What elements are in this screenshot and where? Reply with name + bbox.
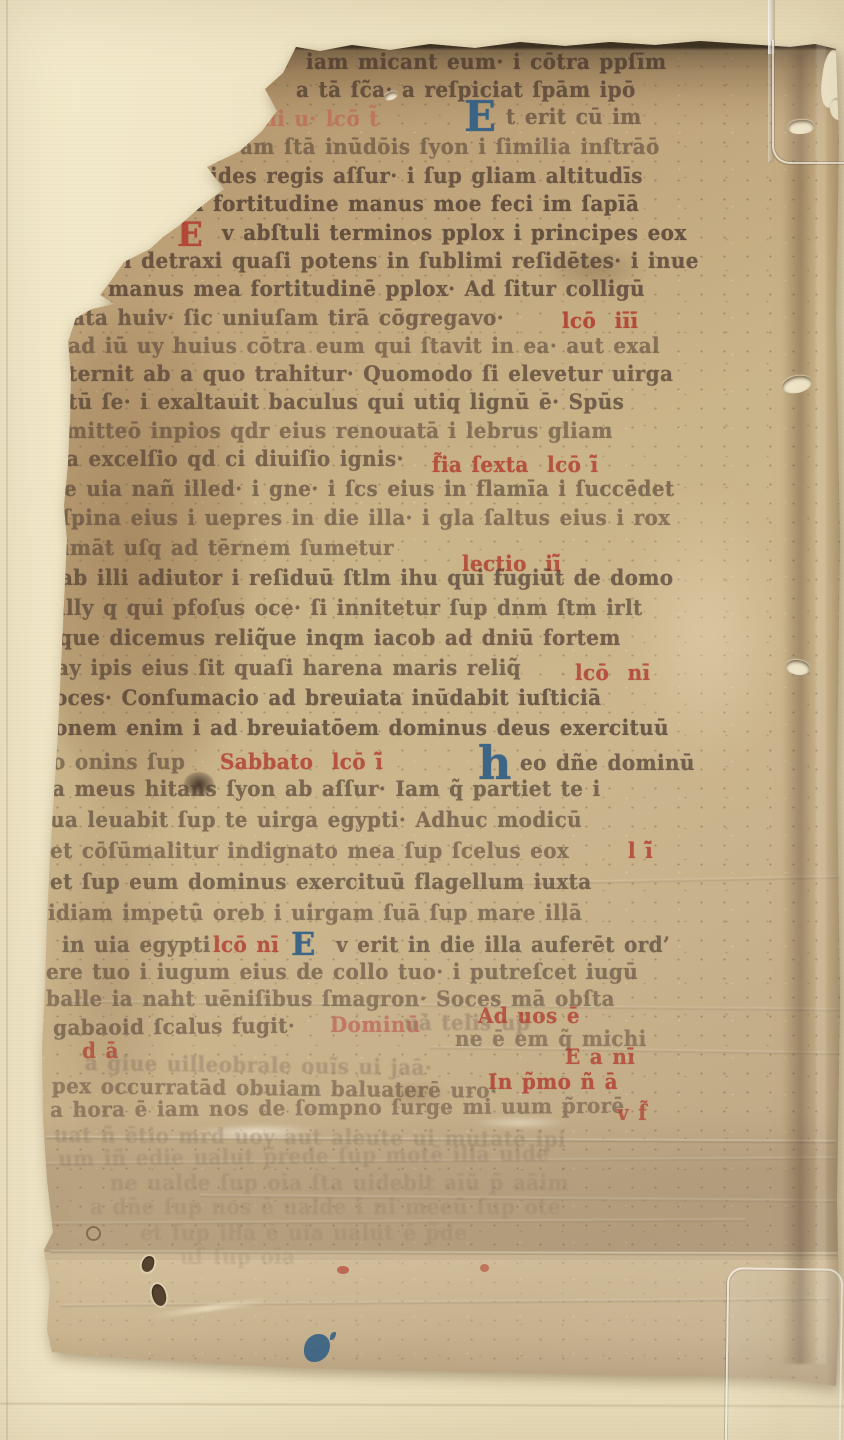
photo-vignette [0,0,844,1440]
manuscript-photo: iam micant eum· i cōtra ppſīma tā ſc̃a· … [0,0,844,1440]
